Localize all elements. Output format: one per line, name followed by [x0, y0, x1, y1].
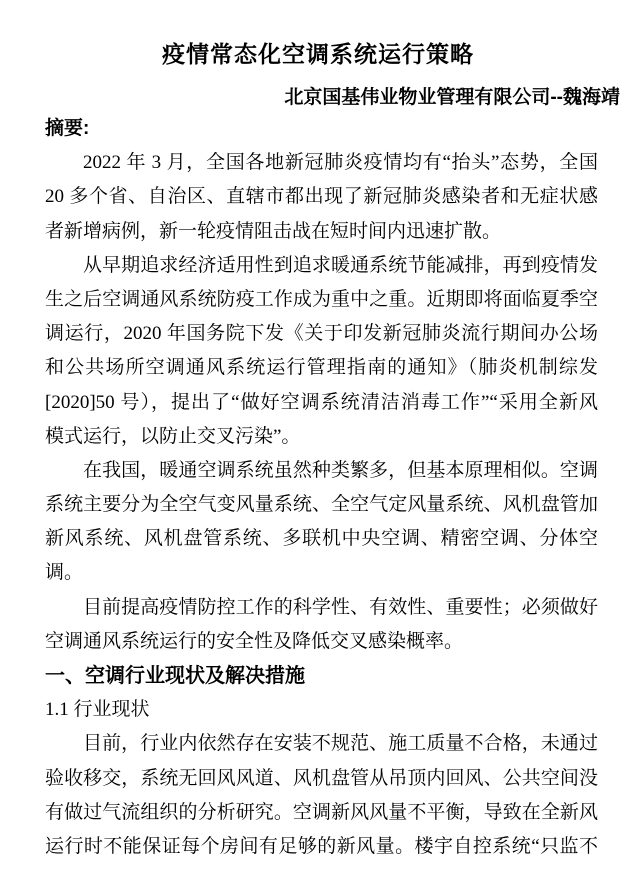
text-line: 在我国，暖通空调系统虽然种类繁多，但基本原理相似。空调 — [45, 454, 598, 488]
text-line: 模式运行，以防止交叉污染”。 — [45, 420, 598, 454]
text-line: 新风系统、风机盘管系统、多联机中央空调、精密空调、分体空 — [45, 522, 598, 556]
text-line: 1.1 行业现状 — [45, 693, 598, 727]
text-line: 和公共场所空调通风系统运行管理指南的通知》（肺炎机制综发 — [45, 351, 598, 385]
document-body: 摘要:2022 年 3 月，全国各地新冠肺炎疫情均有“抬头”态势，全国20 多个… — [45, 112, 598, 864]
text-line: 验收移交，系统无回风风道、风机盘管从吊顶内回风、公共空间没 — [45, 762, 598, 796]
document-title: 疫情常态化空调系统运行策略 — [0, 40, 636, 70]
text-line: 摘要: — [45, 112, 598, 146]
document-page: 疫情常态化空调系统运行策略 北京国基伟业物业管理有限公司--魏海靖 摘要:202… — [0, 0, 636, 885]
text-line: 目前，行业内依然存在安装不规范、施工质量不合格，未通过 — [45, 727, 598, 761]
text-line: 运行时不能保证每个房间有足够的新风量。楼宇自控系统“只监不 — [45, 830, 598, 864]
text-line: 2022 年 3 月，全国各地新冠肺炎疫情均有“抬头”态势，全国 — [45, 146, 598, 180]
text-line: 调。 — [45, 556, 598, 590]
text-line: 者新增病例，新一轮疫情阻击战在短时间内迅速扩散。 — [45, 215, 598, 249]
text-line: 目前提高疫情防控工作的科学性、有效性、重要性；必须做好 — [45, 591, 598, 625]
text-line: 调运行，2020 年国务院下发《关于印发新冠肺炎流行期间办公场所 — [45, 317, 598, 351]
text-line: 生之后空调通风系统防疫工作成为重中之重。近期即将面临夏季空 — [45, 283, 598, 317]
document-byline: 北京国基伟业物业管理有限公司--魏海靖 — [284, 86, 620, 110]
text-line: 空调通风系统运行的安全性及降低交叉感染概率。 — [45, 625, 598, 659]
text-line: 有做过气流组织的分析研究。空调新风风量不平衡，导致在全新风 — [45, 796, 598, 830]
text-line: 20 多个省、自治区、直辖市都出现了新冠肺炎感染者和无症状感染 — [45, 180, 598, 214]
text-line: 系统主要分为全空气变风量系统、全空气定风量系统、风机盘管加 — [45, 488, 598, 522]
text-line: 一、空调行业现状及解决措施 — [45, 659, 598, 693]
text-line: [2020]50 号），提出了“做好空调系统清洁消毒工作”“采用全新风 — [45, 386, 598, 420]
text-line: 从早期追求经济适用性到追求暖通系统节能减排，再到疫情发 — [45, 249, 598, 283]
